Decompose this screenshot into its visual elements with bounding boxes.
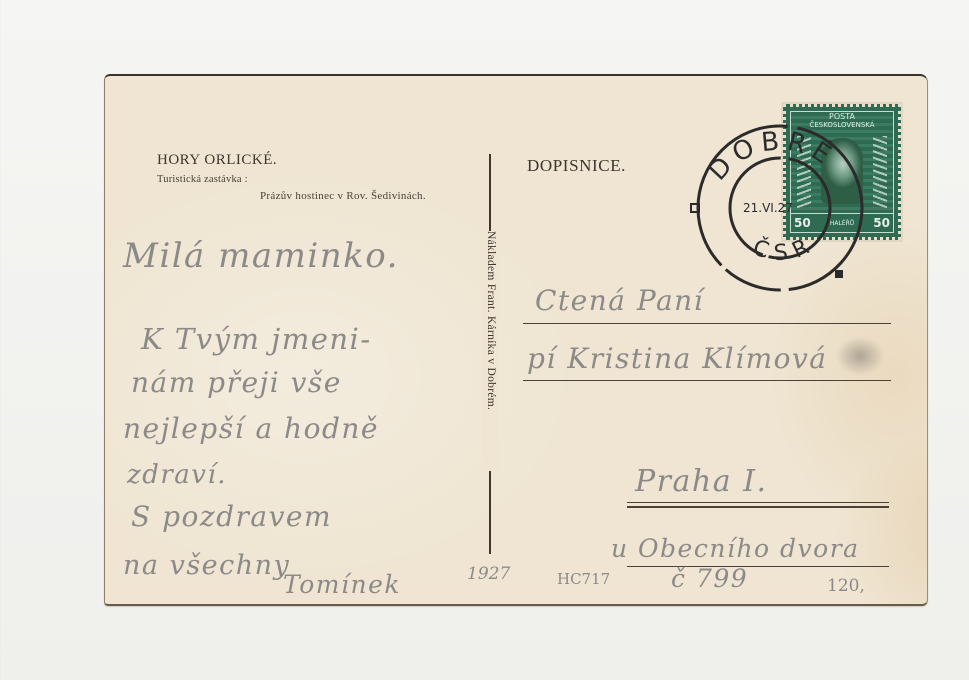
message-line: zdraví. [127, 460, 227, 490]
svg-text:ČSR: ČSR [750, 231, 820, 266]
ink-smudge [825, 326, 895, 386]
address-line-3b [627, 506, 889, 508]
postcard-subtitle-line1: Turistická zastávka : [157, 174, 248, 185]
message-line: nejlepší a hodně [123, 412, 379, 445]
laurel-right-icon [873, 136, 887, 208]
address-line-3a [627, 502, 889, 503]
address-line-4 [627, 566, 889, 567]
postmark-cancellation: DOBRÉ ČSR 21.VI.27 [689, 112, 871, 294]
postmark-country: ČSR [750, 231, 820, 266]
address-line-1 [523, 323, 891, 324]
message-line: S pozdravem [131, 500, 332, 533]
catalog-code: HC717 [557, 570, 610, 588]
address-text: Praha I. [635, 464, 768, 499]
message-year: 1927 [467, 564, 510, 584]
postmark-date: 21.VI.27 [743, 201, 793, 215]
address-text: pí Kristina Klímová [527, 342, 828, 375]
postcard: HORY ORLICKÉ. Turistická zastávka : Práz… [104, 74, 928, 606]
card-type-heading: DOPISNICE. [527, 156, 626, 176]
stamp-value-right: 50 [873, 216, 890, 230]
price-annotation: 120, [827, 576, 865, 596]
publisher-text: Nákladem Frant. Kárníka v Dobrém. [485, 231, 497, 471]
address-text: č 799 [671, 564, 748, 593]
postcard-subtitle-line2: Prázův hostinec v Rov. Šedivinách. [260, 190, 426, 202]
publisher-imprint: Nákladem Frant. Kárníka v Dobrém. [481, 231, 499, 471]
message-line: na všechny [123, 550, 290, 581]
address-text: Ctená Paní [535, 284, 704, 317]
message-line: nám přeji vše [131, 366, 342, 399]
message-signature: Tomínek [283, 570, 401, 599]
message-line: Milá maminko. [123, 236, 399, 276]
postcard-title: HORY ORLICKÉ. [157, 152, 277, 169]
message-line: K Tvým jmeni- [141, 322, 372, 356]
address-text: u Obecního dvora [611, 534, 860, 563]
